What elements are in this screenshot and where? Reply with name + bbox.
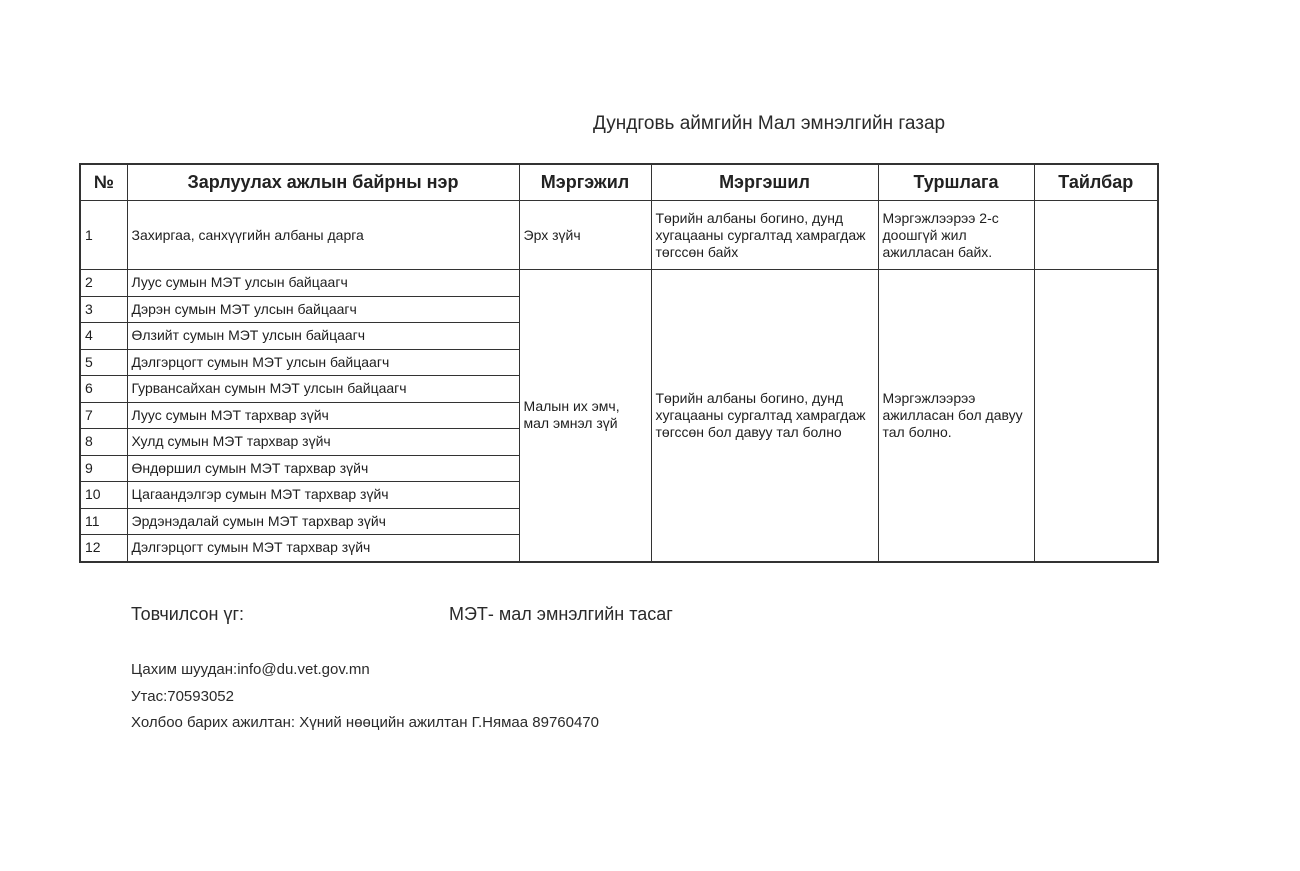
row-number: 12 — [80, 535, 127, 562]
position-name: Өндөршил сумын МЭТ тархвар зүйч — [127, 455, 519, 482]
profession-cell: Эрх зүйч — [519, 201, 651, 270]
qualification-cell: Төрийн албаны богино, дунд хугацааны сур… — [651, 201, 878, 270]
abbreviation-label: Товчилсон үг: — [131, 604, 244, 625]
row-number: 9 — [80, 455, 127, 482]
position-name: Луус сумын МЭТ улсын байцаагч — [127, 270, 519, 297]
note-cell — [1034, 270, 1158, 562]
document-title: Дундговь аймгийн Мал эмнэлгийн газар — [593, 113, 945, 135]
contact-email: Цахим шуудан:info@du.vet.gov.mn — [131, 661, 370, 678]
header-profession: Мэргэжил — [519, 164, 651, 201]
row-number: 8 — [80, 429, 127, 456]
contact-person: Холбоо барих ажилтан: Хүний нөөцийн ажил… — [131, 714, 599, 731]
table-row: 2Луус сумын МЭТ улсын байцаагчМалын их э… — [80, 270, 1158, 297]
row-number: 1 — [80, 201, 127, 270]
positions-table: № Зарлуулах ажлын байрны нэр Мэргэжил Мэ… — [79, 163, 1159, 563]
profession-cell: Малын их эмч, мал эмнэл зүй — [519, 270, 651, 562]
header-experience: Туршлага — [878, 164, 1034, 201]
position-name: Захиргаа, санхүүгийн албаны дарга — [127, 201, 519, 270]
position-name: Дэлгэрцогт сумын МЭТ тархвар зүйч — [127, 535, 519, 562]
row-number: 4 — [80, 323, 127, 350]
contact-phone: Утас:70593052 — [131, 688, 234, 705]
position-name: Луус сумын МЭТ тархвар зүйч — [127, 402, 519, 429]
header-note: Тайлбар — [1034, 164, 1158, 201]
experience-cell: Мэргэжлээрээ 2-с доошгүй жил ажилласан б… — [878, 201, 1034, 270]
position-name: Гурвансайхан сумын МЭТ улсын байцаагч — [127, 376, 519, 403]
row-number: 6 — [80, 376, 127, 403]
row-number: 7 — [80, 402, 127, 429]
position-name: Хулд сумын МЭТ тархвар зүйч — [127, 429, 519, 456]
note-cell — [1034, 201, 1158, 270]
header-no: № — [80, 164, 127, 201]
row-number: 2 — [80, 270, 127, 297]
row-number: 5 — [80, 349, 127, 376]
header-qualification: Мэргэшил — [651, 164, 878, 201]
table-row: 1 Захиргаа, санхүүгийн албаны дарга Эрх … — [80, 201, 1158, 270]
position-name: Цагаандэлгэр сумын МЭТ тархвар зүйч — [127, 482, 519, 509]
qualification-cell: Төрийн албаны богино, дунд хугацааны сур… — [651, 270, 878, 562]
position-name: Эрдэнэдалай сумын МЭТ тархвар зүйч — [127, 508, 519, 535]
position-name: Дэлгэрцогт сумын МЭТ улсын байцаагч — [127, 349, 519, 376]
header-position: Зарлуулах ажлын байрны нэр — [127, 164, 519, 201]
position-name: Өлзийт сумын МЭТ улсын байцаагч — [127, 323, 519, 350]
experience-cell: Мэргэжлээрээ ажилласан бол давуу тал бол… — [878, 270, 1034, 562]
row-number: 10 — [80, 482, 127, 509]
row-number: 11 — [80, 508, 127, 535]
table-header-row: № Зарлуулах ажлын байрны нэр Мэргэжил Мэ… — [80, 164, 1158, 201]
position-name: Дэрэн сумын МЭТ улсын байцаагч — [127, 296, 519, 323]
abbreviation-value: МЭТ- мал эмнэлгийн тасаг — [449, 604, 673, 625]
row-number: 3 — [80, 296, 127, 323]
